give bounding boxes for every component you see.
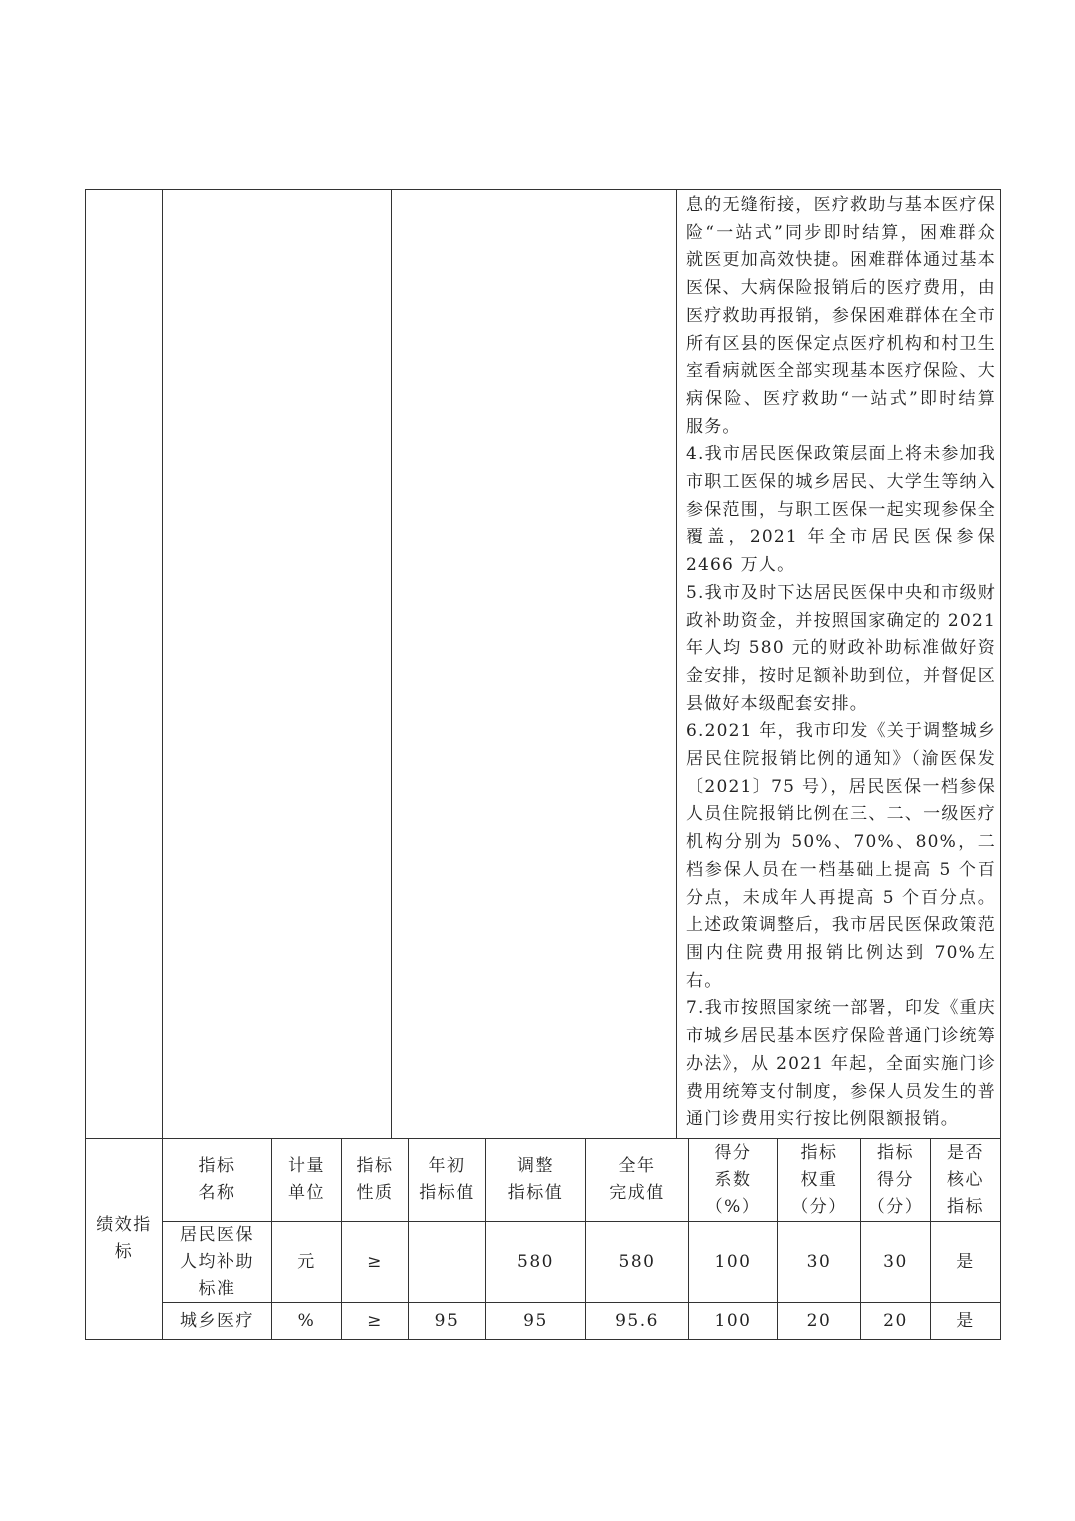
row2-coef: 100 [689, 1303, 777, 1339]
row2-name: 城乡医疗 [163, 1303, 271, 1339]
row2-score: 20 [861, 1303, 930, 1339]
row1-initial [409, 1222, 485, 1302]
row1-weight: 30 [778, 1222, 860, 1302]
table-right-border [1000, 189, 1001, 1340]
row2-unit: % [272, 1303, 341, 1339]
header-coef: 得分 系数 （%） [689, 1139, 777, 1221]
row1-core: 是 [931, 1222, 1000, 1302]
row1-adjusted: 580 [486, 1222, 585, 1302]
paragraph-7: 7.我市按照国家统一部署，印发《重庆市城乡居民基本医疗保险普通门诊统筹办法》，从… [686, 995, 996, 1134]
header-unit: 计量 单位 [272, 1139, 341, 1221]
paragraph-6: 6.2021 年，我市印发《关于调整城乡居民住院报销比例的通知》（渝医保发〔20… [686, 718, 996, 995]
row1-actual: 580 [586, 1222, 688, 1302]
paragraph-5: 5.我市及时下达居民医保中央和市级财政补助资金，并按照国家确定的 2021 年人… [686, 580, 996, 719]
row1-unit: 元 [272, 1222, 341, 1302]
table-top-border [85, 189, 1001, 190]
continued-description: 息的无缝衔接，医疗救助与基本医疗保险“一站式”同步即时结算，困难群众就医更加高效… [686, 192, 996, 1134]
row1-name: 居民医保 人均补助 标准 [163, 1222, 271, 1302]
row1-score: 30 [861, 1222, 930, 1302]
header-weight: 指标 权重 （分） [778, 1139, 860, 1221]
header-initial: 年初 指标值 [409, 1139, 485, 1221]
header-score: 指标 得分 （分） [861, 1139, 930, 1221]
row2-core: 是 [931, 1303, 1000, 1339]
section-label-performance: 绩效指 标 [86, 1139, 162, 1339]
header-adjusted: 调整 指标值 [486, 1139, 585, 1221]
row2-nature: ≥ [342, 1303, 408, 1339]
header-actual: 全年 完成值 [586, 1139, 688, 1221]
col-divider [676, 189, 677, 1138]
paragraph-3-cont: 息的无缝衔接，医疗救助与基本医疗保险“一站式”同步即时结算，困难群众就医更加高效… [686, 192, 996, 441]
header-core: 是否 核心 指标 [931, 1139, 1000, 1221]
row2-initial: 95 [409, 1303, 485, 1339]
paragraph-4: 4.我市居民医保政策层面上将未参加我市职工医保的城乡居民、大学生等纳入参保范围，… [686, 441, 996, 580]
header-name: 指标 名称 [163, 1139, 271, 1221]
table-bottom-border [85, 1339, 1001, 1340]
row1-nature: ≥ [342, 1222, 408, 1302]
row2-adjusted: 95 [486, 1303, 585, 1339]
header-nature: 指标 性质 [342, 1139, 408, 1221]
col-divider [391, 189, 392, 1138]
row1-coef: 100 [689, 1222, 777, 1302]
row2-actual: 95.6 [586, 1303, 688, 1339]
row2-weight: 20 [778, 1303, 860, 1339]
